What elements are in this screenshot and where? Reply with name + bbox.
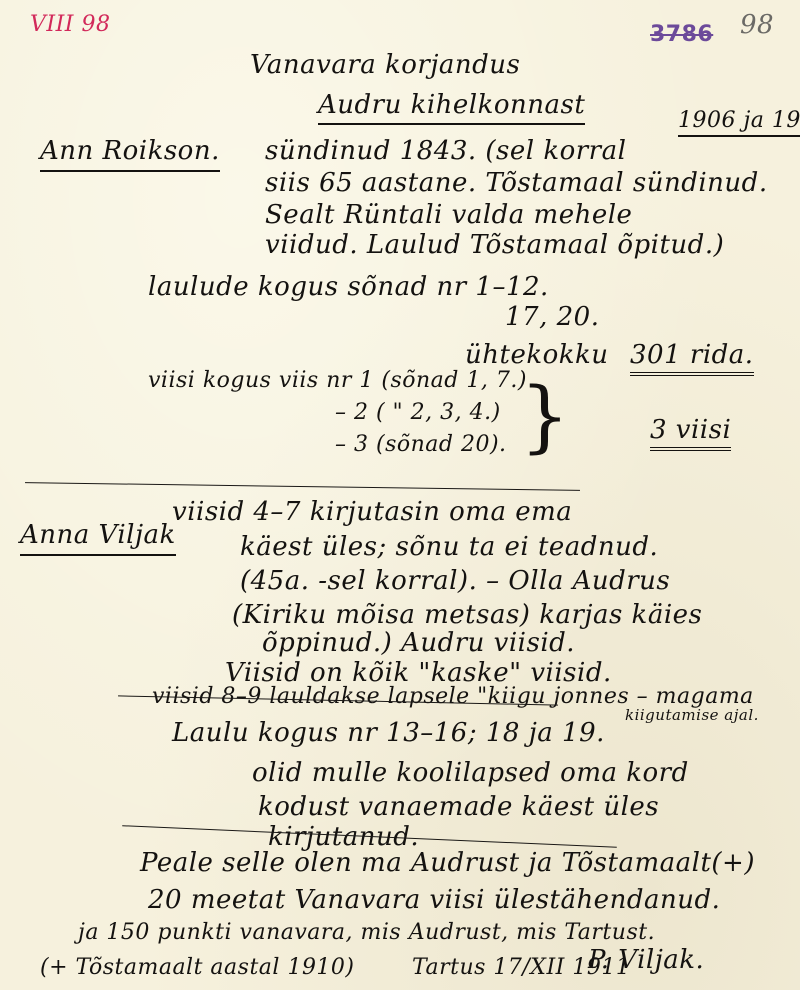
archive-stamp-number: 3786 <box>650 22 713 47</box>
section2-line: (45a. -sel korral). – Olla Audrus <box>240 566 670 596</box>
songs-13-19: Laulu kogus nr 13–16; 18 ja 19. <box>172 718 605 748</box>
total-lines: 301 rida. <box>630 340 754 376</box>
page-number: 98 <box>740 10 774 40</box>
section2-line: viisid 4–7 kirjutasin oma ema <box>172 497 572 527</box>
section1-line: viidud. Laulud Tõstamaal õpitud.) <box>265 230 724 260</box>
section1-line: Sealt Rüntali valda mehele <box>265 200 632 230</box>
section3-line: kodust vanaemade käest üles <box>258 792 659 822</box>
signature: P. Viljak. <box>588 945 704 975</box>
footer-line: 20 meetat Vanavara viisi ülestähendanud. <box>148 885 720 915</box>
manuscript-page: VIII 98 3786 98 Vanavara korjandus Audru… <box>0 0 800 990</box>
section1-line: siis 65 aastane. Tõstamaal sündinud. <box>265 168 768 198</box>
archive-reference: VIII 98 <box>30 12 110 37</box>
section1-line: sündinud 1843. (sel korral <box>265 136 626 166</box>
songs-extra: 17, 20. <box>505 302 599 332</box>
tunes-8-9-continued: kiigutamise ajal. <box>625 706 759 724</box>
footer-note: (+ Tõstamaalt aastal 1910) <box>40 955 355 980</box>
songs-range: laulude kogus sõnad nr 1–12. <box>148 272 549 302</box>
footer-line: Peale selle olen ma Audrust ja Tõstamaal… <box>140 848 755 878</box>
tune-line: viisi kogus viis nr 1 (sõnad 1, 7.) <box>148 368 527 393</box>
section2-line: käest üles; sõnu ta ei teadnud. <box>240 532 658 562</box>
section2-line: õppinud.) Audru viisid. <box>262 628 575 658</box>
section2-line: (Kiriku mõisa metsas) karjas käies <box>232 600 702 630</box>
brace: } <box>520 378 570 456</box>
collection-title: Vanavara korjandus <box>250 50 520 80</box>
informant-name-1: Ann Roikson. <box>40 136 220 172</box>
informant-name-2: Anna Viljak <box>20 520 176 556</box>
parish-title: Audru kihelkonnast <box>318 90 585 125</box>
footer-line: ja 150 punkti vanavara, mis Audrust, mis… <box>78 920 655 945</box>
collection-years: 1906 ja 1909 <box>678 108 800 137</box>
total-label: ühtekokku <box>465 340 609 370</box>
tune-line: – 2 ( " 2, 3, 4.) <box>335 400 501 425</box>
tune-line: – 3 (sõnad 20). <box>335 432 507 457</box>
section-divider <box>25 482 580 491</box>
section3-line: olid mulle koolilapsed oma kord <box>252 758 689 788</box>
tunes-total: 3 viisi <box>650 415 731 451</box>
